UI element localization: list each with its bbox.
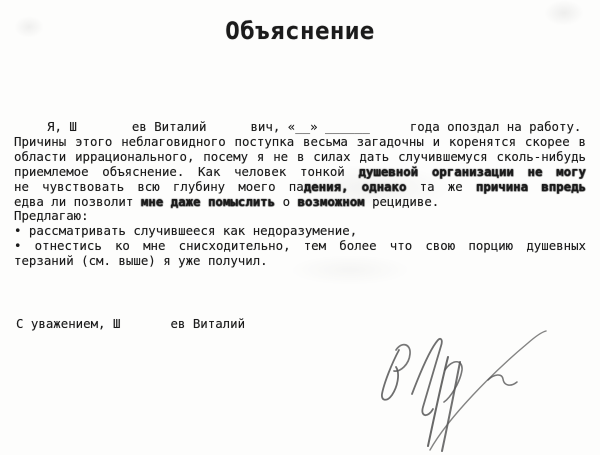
blank-gap <box>206 130 250 131</box>
text-segment: С уважением, Ш <box>16 316 120 331</box>
text-segment: области иррационального, посему я не в с… <box>14 149 586 164</box>
paragraph-line: области иррационального, посему я не в с… <box>14 150 586 165</box>
proposal-heading: Предлагаю: <box>14 209 586 224</box>
text-segment: ев Виталий <box>170 316 245 331</box>
bullet-item: • отнестись ко мне снисходительно, тем б… <box>14 239 586 254</box>
bullet-item: • рассматривать случившееся как недоразу… <box>14 224 586 239</box>
text-segment: • отнестись ко мне снисходительно, тем б… <box>14 238 586 253</box>
text-segment: Я, Ш <box>47 119 77 134</box>
smudged-text: мне даже помыслить <box>141 194 275 209</box>
text-segment: терзаний (см. выше) я уже получил. <box>14 253 268 268</box>
text-segment: ев Виталий <box>132 119 207 134</box>
text-segment: о <box>275 194 297 209</box>
text-segment: • рассматривать случившееся как недоразу… <box>14 223 357 238</box>
paragraph-line: приемлемое объяснение. Как человек тонко… <box>14 165 586 180</box>
smudged-text: дения, однако <box>304 179 407 194</box>
blank-gap <box>77 130 132 131</box>
paragraph-line: не чувствовать всю глубину моего падения… <box>14 180 586 195</box>
text-segment: не чувствовать всю глубину моего па <box>14 179 304 194</box>
document-page: Объяснение Я, Шев Виталийвич, «__» _____… <box>0 0 600 455</box>
closing-line: С уважением, Шев Виталий <box>16 316 245 331</box>
text-segment: едва ли позволит <box>14 194 141 209</box>
document-title: Объяснение <box>0 17 600 45</box>
smudged-text: возможном <box>298 194 365 209</box>
text-segment: та же <box>406 179 475 194</box>
intro-line: Я, Шев Виталийвич, «__» ______года опозд… <box>14 120 586 135</box>
text-segment: Предлагаю: <box>14 208 89 223</box>
smudged-text: душевной организации не могу <box>358 164 586 179</box>
document-body: Я, Шев Виталийвич, «__» ______года опозд… <box>14 120 586 269</box>
text-segment: года опоздал на работу. <box>410 119 582 134</box>
text-segment: Причины этого неблаговидного поступка ве… <box>14 134 586 149</box>
paragraph-line: Причины этого неблаговидного поступка ве… <box>14 135 586 150</box>
closing-line: С уважением, Шев Виталий <box>16 316 245 331</box>
smudged-text: причина впредь <box>476 179 586 194</box>
text-segment: приемлемое объяснение. Как человек тонко… <box>14 164 358 179</box>
paragraph-line: едва ли позволит мне даже помыслить о во… <box>14 195 586 210</box>
paragraph-line: терзаний (см. выше) я уже получил. <box>14 254 586 269</box>
signature-icon <box>352 323 562 455</box>
blank-gap <box>14 130 47 131</box>
text-segment: вич, «__» ______ <box>250 119 369 134</box>
blank-gap <box>370 130 410 131</box>
text-segment: рецидиве. <box>365 194 440 209</box>
blank-gap <box>120 327 170 328</box>
